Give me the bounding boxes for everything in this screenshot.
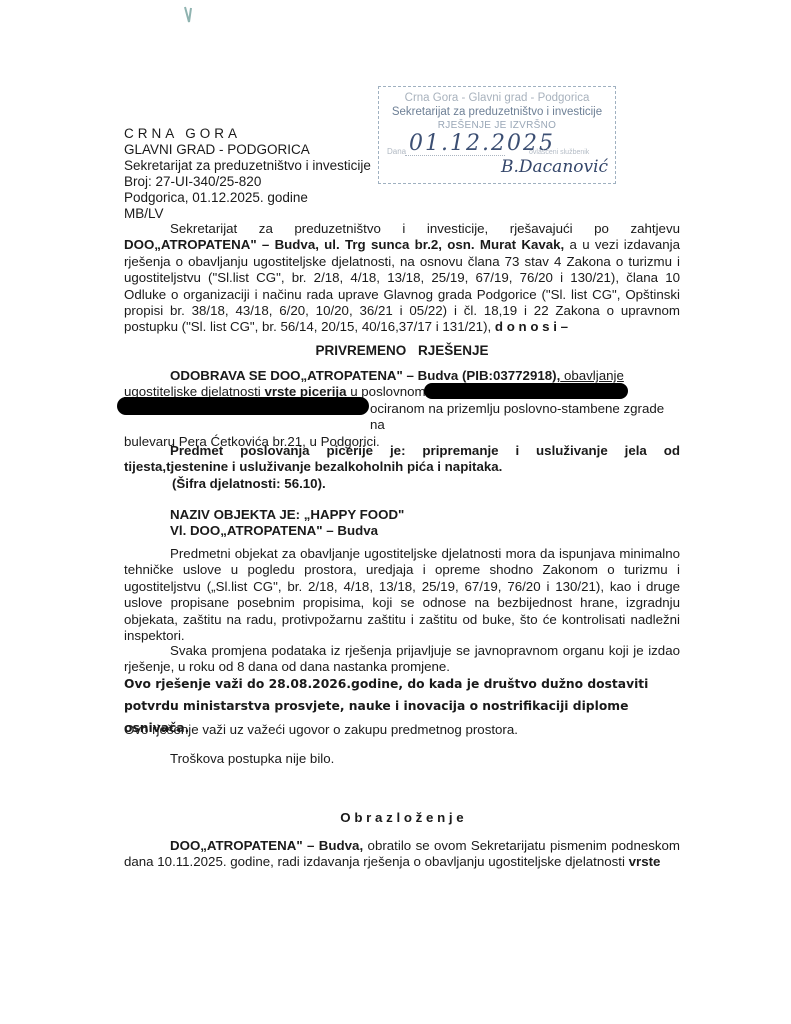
reasoning-tail: vrste [629, 854, 661, 869]
header-country: CRNA GORA [124, 126, 371, 142]
document-page: Crna Gora - Glavni grad - Podgorica Sekr… [0, 0, 791, 1024]
stamp-line-2: Sekretarijat za preduzetništvo i investi… [379, 105, 615, 119]
costs-paragraph: Troškova postupka nije bilo. [124, 751, 680, 767]
stamp-officer-label: ovlašćeni službenik [529, 149, 589, 156]
signature: B.Dacanović [501, 157, 608, 177]
reasoning-paragraph: DOO„ATROPATENA" – Budva, obratilo se ovo… [124, 838, 680, 871]
stamp-line-1: Crna Gora - Glavni grad - Podgorica [379, 91, 615, 105]
header-place-date: Podgorica, 01.12.2025. godine [124, 190, 371, 206]
change-notice-paragraph: Svaka promjena podataka iz rješenja prij… [124, 643, 680, 676]
redaction-block [117, 397, 369, 415]
object-name: NAZIV OBJEKTA JE: „HAPPY FOOD" [124, 507, 680, 523]
intro-company: DOO„ATROPATENA" – Budva, ul. Trg sunca b… [124, 237, 564, 252]
stamp-date-label: Dana [387, 147, 406, 156]
header-initials: MB/LV [124, 206, 371, 222]
official-stamp: Crna Gora - Glavni grad - Podgorica Sekr… [378, 86, 616, 184]
intro-start: Sekretarijat za preduzetništvo i investi… [170, 221, 680, 236]
header-city: GLAVNI GRAD - PODGORICA [124, 142, 371, 158]
reasoning-heading: O b r a z l o ž e n j e [124, 810, 680, 826]
redaction-block [424, 383, 628, 399]
business-subject: Predmet poslovanja picerije je: priprema… [124, 443, 680, 476]
decision-activity-start: obavljanje [560, 368, 624, 383]
activity-code: (Šifra djelatnosti: 56.10). [124, 476, 680, 492]
header-secretariat: Sekretarijat za preduzetništvo i investi… [124, 158, 371, 174]
reasoning-company: DOO„ATROPATENA" – Budva, [170, 838, 363, 853]
document-title: PRIVREMENO RJEŠENJE [124, 343, 680, 358]
lease-paragraph: Ovo rješenje važi uz važeći ugovor o zak… [124, 722, 680, 738]
document-header: CRNA GORA GLAVNI GRAD - PODGORICA Sekret… [124, 126, 371, 222]
intro-paragraph: Sekretarijat za preduzetništvo i investi… [124, 221, 680, 336]
check-mark-icon [184, 6, 192, 24]
decision-approve: ODOBRAVA SE DOO„ATROPATENA" – Budva (PIB… [170, 368, 560, 383]
object-owner: Vl. DOO„ATROPATENA" – Budva [124, 523, 680, 539]
conditions-paragraph: Predmetni objekat za obavljanje ugostite… [124, 546, 680, 644]
intro-donosi: d o n o s i – [495, 319, 568, 334]
header-number: Broj: 27-UI-340/25-820 [124, 174, 371, 190]
